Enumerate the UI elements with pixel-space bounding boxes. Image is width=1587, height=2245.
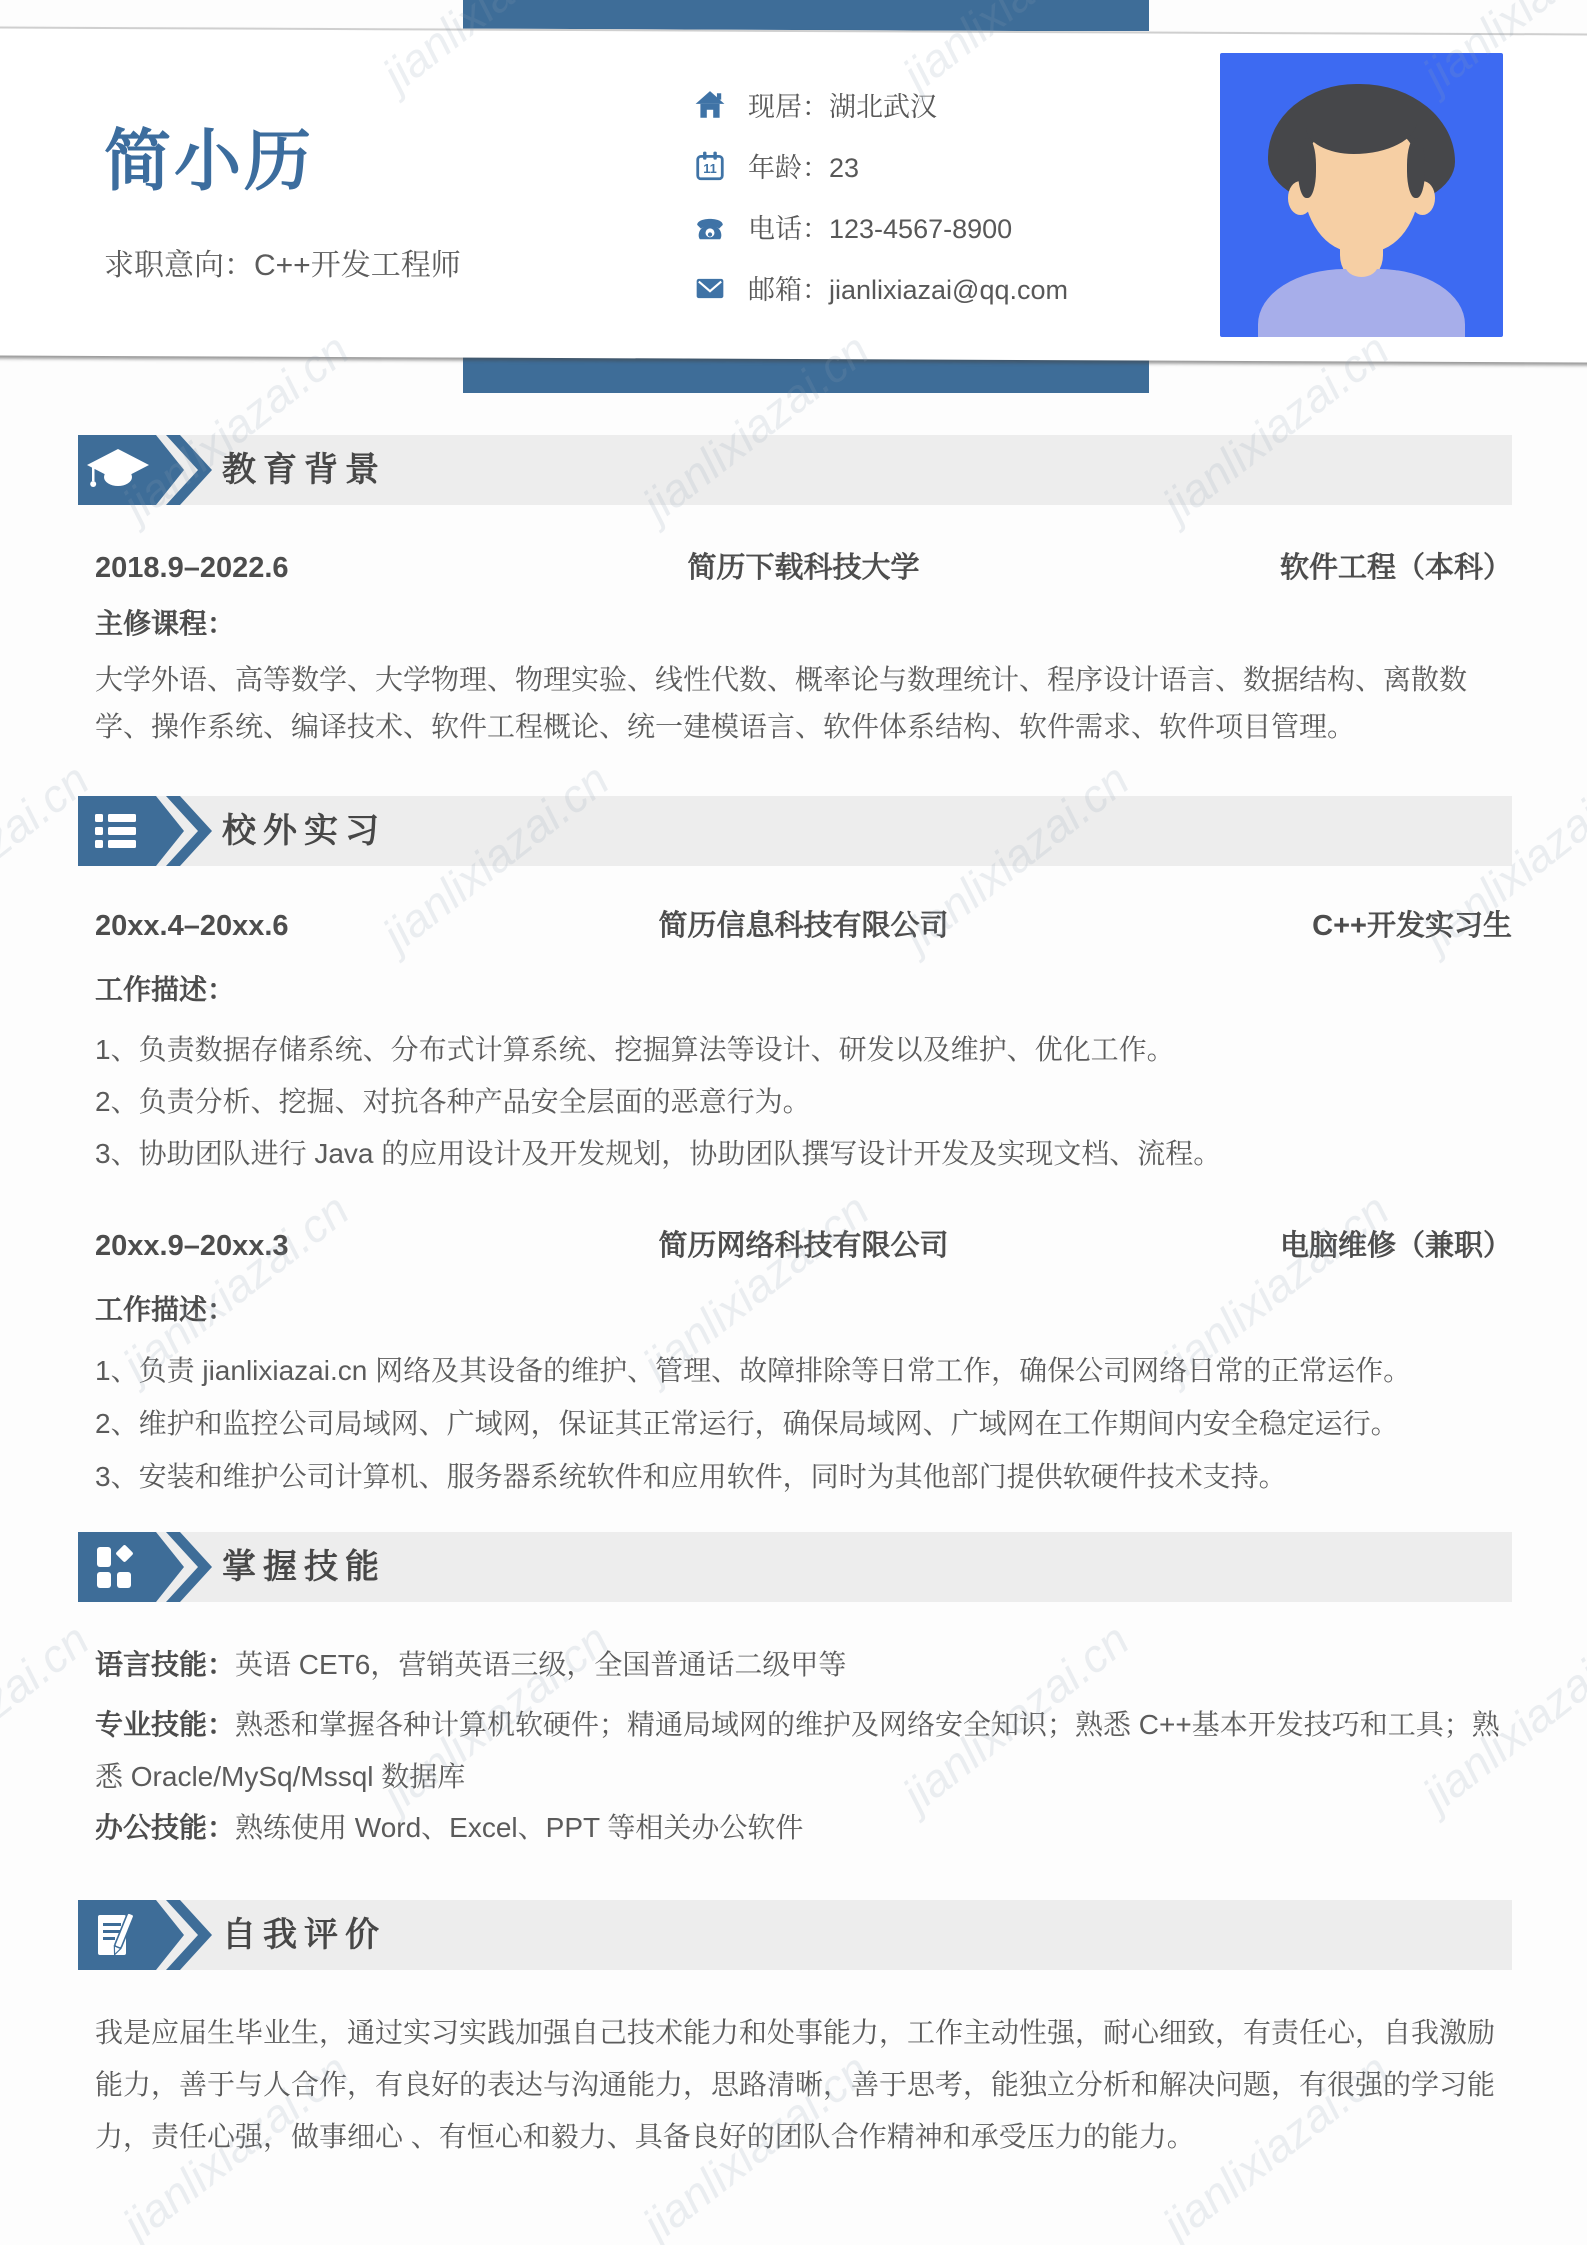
job-desc-label: 工作描述： bbox=[95, 972, 1512, 1008]
job-company: 简历信息科技有限公司 bbox=[425, 907, 1182, 945]
job-intent: 求职意向：C++开发工程师 bbox=[104, 244, 461, 288]
section-header-skills: 掌握技能 bbox=[78, 1532, 1512, 1602]
job-desc-label: 工作描述： bbox=[95, 1292, 1512, 1328]
contact-label: 年龄：23 bbox=[748, 146, 859, 185]
skill-label: 专业技能： bbox=[95, 1709, 235, 1740]
contact-label: 电话：123-4567-8900 bbox=[748, 207, 1012, 246]
resume-page: 简小历 求职意向：C++开发工程师 现居：湖北武汉 11 年龄：23 bbox=[0, 0, 1587, 2245]
section-header-education: 教育背景 bbox=[78, 435, 1512, 505]
section-title: 自我评价 bbox=[222, 1900, 386, 1970]
skill-item: 语言技能：英语 CET6，营销英语三级，全国普通话二级甲等 bbox=[95, 1639, 1512, 1691]
skill-label: 语言技能： bbox=[95, 1649, 235, 1680]
job-bullet: 3、安装和维护公司计算机、服务器系统软件和应用软件，同时为其他部门提供软硬件技术… bbox=[95, 1450, 1512, 1503]
job-bullets: 1、负责 jianlixiazai.cn 网络及其设备的维护、管理、故障排除等日… bbox=[95, 1344, 1512, 1503]
avatar bbox=[1220, 53, 1503, 337]
watermark-text: jianlixiazai.cn bbox=[0, 1612, 99, 1821]
job-bullet: 2、维护和监控公司局域网、广域网，保证其正常运行，确保局域网、广域网在工作期间内… bbox=[95, 1397, 1512, 1450]
contact-value: 湖北武汉 bbox=[829, 92, 937, 122]
person-name: 简小历 bbox=[104, 120, 314, 204]
home-icon bbox=[694, 89, 726, 121]
skill-text: 熟练使用 Word、Excel、PPT 等相关办公软件 bbox=[235, 1812, 803, 1843]
job-period: 20xx.4–20xx.6 bbox=[95, 907, 425, 945]
section-header-internship: 校外实习 bbox=[78, 796, 1512, 866]
job-role: 电脑维修（兼职） bbox=[1182, 1227, 1512, 1265]
section-arrow bbox=[78, 435, 214, 505]
contact-row-email: 邮箱：jianlixiazai@qq.com bbox=[694, 257, 1068, 318]
contact-row-location: 现居：湖北武汉 bbox=[694, 74, 1068, 135]
evaluation-text: 我是应届生毕业生，通过实习实践加强自己技术能力和处事能力，工作主动性强，耐心细致… bbox=[95, 2007, 1512, 2163]
job-role: C++开发实习生 bbox=[1182, 907, 1512, 945]
internship-entry: 20xx.9–20xx.3 简历网络科技有限公司 电脑维修（兼职） bbox=[95, 1227, 1512, 1265]
education-degree: 软件工程（本科） bbox=[1182, 549, 1512, 587]
job-company: 简历网络科技有限公司 bbox=[425, 1227, 1182, 1265]
section-header-evaluation: 自我评价 bbox=[78, 1900, 1512, 1970]
job-period: 20xx.9–20xx.3 bbox=[95, 1227, 425, 1265]
job-bullet: 3、协助团队进行 Java 的应用设计及开发规划，协助团队撰写设计开发及实现文档… bbox=[95, 1128, 1512, 1180]
section-arrow bbox=[78, 796, 214, 866]
contact-value: 123-4567-8900 bbox=[829, 214, 1012, 244]
section-title: 掌握技能 bbox=[222, 1532, 386, 1602]
svg-text:11: 11 bbox=[703, 160, 717, 175]
internship-entry: 20xx.4–20xx.6 简历信息科技有限公司 C++开发实习生 bbox=[95, 907, 1512, 945]
job-bullet: 2、负责分析、挖掘、对抗各种产品安全层面的恶意行为。 bbox=[95, 1076, 1512, 1128]
job-bullet: 1、负责 jianlixiazai.cn 网络及其设备的维护、管理、故障排除等日… bbox=[95, 1344, 1512, 1397]
avatar-shirt bbox=[1258, 269, 1465, 337]
contact-value: 23 bbox=[829, 153, 859, 183]
avatar-hair-lock bbox=[1407, 138, 1425, 198]
section-arrow bbox=[78, 1532, 214, 1602]
skill-text: 熟悉和掌握各种计算机软硬件；精通局域网的维护及网络安全知识；熟悉 C++基本开发… bbox=[95, 1709, 1500, 1792]
header-top-ribbon bbox=[463, 0, 1149, 31]
calendar-icon: 11 bbox=[694, 150, 726, 182]
job-bullet: 1、负责数据存储系统、分布式计算系统、挖掘算法等设计、研发以及维护、优化工作。 bbox=[95, 1024, 1512, 1076]
list-icon bbox=[95, 814, 136, 848]
contact-value: jianlixiazai@qq.com bbox=[829, 275, 1068, 305]
contact-row-phone: 电话：123-4567-8900 bbox=[694, 196, 1068, 257]
contact-list: 现居：湖北武汉 11 年龄：23 电话：123-4567-8900 bbox=[694, 74, 1068, 318]
contact-row-age: 11 年龄：23 bbox=[694, 135, 1068, 196]
education-school: 简历下载科技大学 bbox=[425, 549, 1182, 587]
skill-label: 办公技能： bbox=[95, 1812, 235, 1843]
avatar-hair-lock bbox=[1298, 138, 1316, 198]
mail-icon bbox=[694, 272, 726, 304]
contact-label: 现居：湖北武汉 bbox=[748, 85, 937, 124]
education-period: 2018.9–2022.6 bbox=[95, 549, 425, 587]
contact-label: 邮箱：jianlixiazai@qq.com bbox=[748, 268, 1068, 307]
skill-text: 英语 CET6，营销英语三级，全国普通话二级甲等 bbox=[235, 1649, 846, 1680]
section-arrow bbox=[78, 1900, 214, 1970]
skill-item: 专业技能：熟悉和掌握各种计算机软硬件；精通局域网的维护及网络安全知识；熟悉 C+… bbox=[95, 1699, 1512, 1803]
section-title: 校外实习 bbox=[222, 796, 386, 866]
section-title: 教育背景 bbox=[222, 435, 386, 505]
education-entry: 2018.9–2022.6 简历下载科技大学 软件工程（本科） bbox=[95, 549, 1512, 587]
courses-label: 主修课程： bbox=[95, 606, 1512, 642]
phone-icon bbox=[694, 211, 726, 243]
skill-item: 办公技能：熟练使用 Word、Excel、PPT 等相关办公软件 bbox=[95, 1802, 1512, 1854]
courses-text: 大学外语、高等数学、大学物理、物理实验、线性代数、概率论与数理统计、程序设计语言… bbox=[95, 656, 1512, 750]
job-bullets: 1、负责数据存储系统、分布式计算系统、挖掘算法等设计、研发以及维护、优化工作。 … bbox=[95, 1024, 1512, 1180]
